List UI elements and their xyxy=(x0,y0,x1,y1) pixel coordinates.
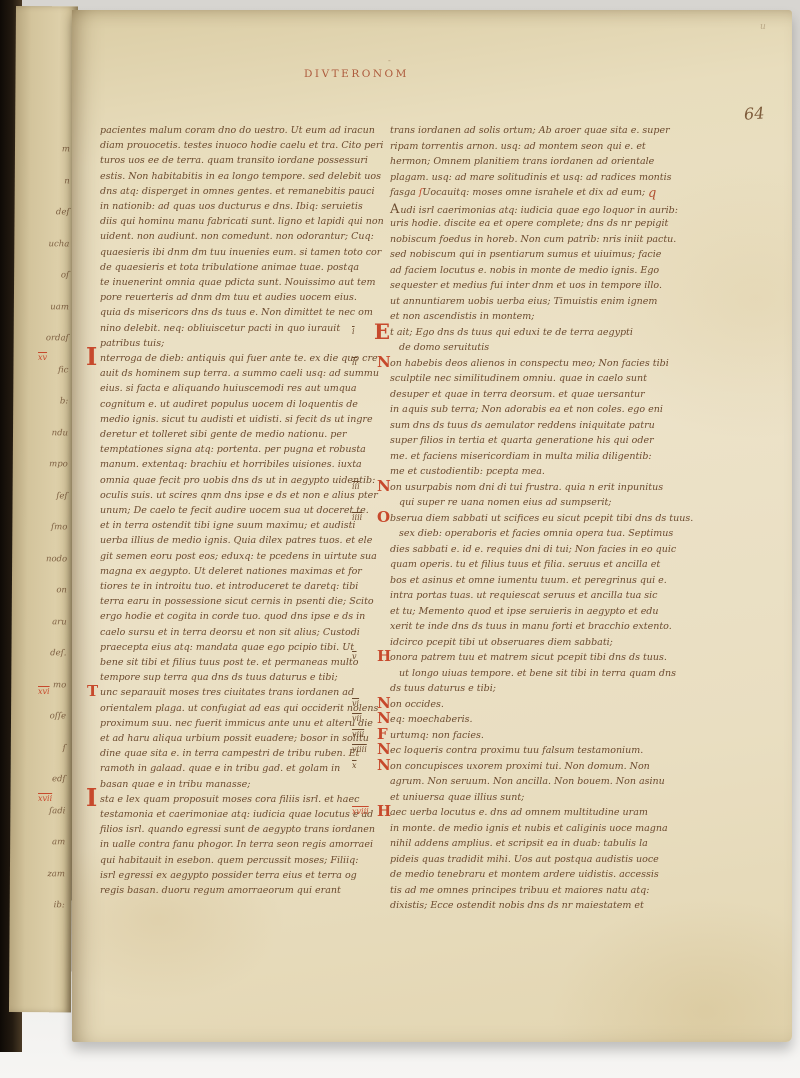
line-text: uerba illius de medio ignis. Quia dilex … xyxy=(100,535,372,546)
line-text: ec loqueris contra proximu tuu falsum te… xyxy=(390,745,643,756)
line-text: me. et faciens misericordiam in multa mi… xyxy=(390,451,652,462)
text-line: sum dns ds tuus ds aemulator reddens ini… xyxy=(390,419,655,432)
line-text: quam operis. tu et filius tuus et filia.… xyxy=(390,559,660,570)
text-line: sex dieb: operaboris et facies omnia ope… xyxy=(390,527,673,540)
line-text: desuper et quae in terra deorsum. et qua… xyxy=(390,389,645,400)
page-edge-fragment: uam xyxy=(50,302,69,312)
line-text: ad faciem locutus e. nobis in monte de m… xyxy=(390,265,659,276)
page-edge-fragment: ordaſ xyxy=(46,333,69,343)
text-line: fasga ſUocauitq: moses omne israhele et … xyxy=(390,186,645,199)
text-line: ds tuus daturus e tibi; xyxy=(390,682,496,695)
text-line: medio ignis. sicut tu audisti et uidisti… xyxy=(100,413,373,426)
text-line: dixistis; Ecce ostendit nobis dns ds nr … xyxy=(390,899,644,912)
text-line: tis ad me omnes principes tribuu et maio… xyxy=(390,884,649,897)
text-line: pacientes malum coram dno do uestro. Ut … xyxy=(100,124,375,137)
text-line: manum. extentaq: brachiu et horribiles u… xyxy=(100,458,362,471)
initial-letter: E xyxy=(374,324,390,339)
line-text: ut longo uiuas tempore. et bene sit tibi… xyxy=(399,668,676,679)
line-text: ripam torrentis arnon. usq: ad montem se… xyxy=(390,141,646,152)
line-text: bos et asinus et omne iumentu tuum. et p… xyxy=(390,575,667,586)
text-line: Obserua diem sabbati ut scifices eu sicu… xyxy=(390,512,693,525)
initial-letter: O xyxy=(377,510,390,525)
text-line: orientalem plaga. ut confugiat ad eas qu… xyxy=(100,702,378,715)
page-edge-fragment: ib: xyxy=(54,900,65,910)
line-text: in aquis sub terra; Non adorabis ea et n… xyxy=(390,404,663,415)
text-line: filios isrl. quando egressi sunt de aegy… xyxy=(100,823,375,836)
text-line: uident. non audiunt. non comedunt. non o… xyxy=(100,230,374,243)
initial-letter: I xyxy=(86,790,97,805)
page-edge-fragment: oſ xyxy=(61,270,69,280)
text-line: terra earu in possessione sicut cernis i… xyxy=(100,595,374,608)
text-line: estis. Non habitabitis in ea longo tempo… xyxy=(100,170,381,183)
page-edge-fragment: n xyxy=(64,176,70,186)
line-text: trans iordanen ad solis ortum; Ab aroer … xyxy=(390,125,670,136)
page-edge-fragment: ucha xyxy=(49,239,70,249)
page-edge-fragment: deſ. xyxy=(50,648,66,658)
line-text: uident. non audiunt. non comedunt. non o… xyxy=(100,231,374,242)
margin-numeral: vi xyxy=(352,699,359,708)
line-text: in monte. de medio ignis et nubis et cal… xyxy=(390,823,668,834)
text-line: oculis suis. ut scires qnm dns ipse e ds… xyxy=(100,489,378,502)
line-text: cognitum e. ut audiret populus uocem di … xyxy=(100,399,358,410)
line-text: temptationes signa atq: portenta. per pu… xyxy=(100,444,366,455)
text-line: caelo sursu et in terra deorsu et non si… xyxy=(100,626,360,639)
line-text: ergo hodie et cogita in corde tuo. quod … xyxy=(100,611,365,622)
page-edge-fragment: ndu xyxy=(52,428,68,438)
margin-numeral: iii xyxy=(352,482,360,491)
text-line: Honora patrem tuu et matrem sicut pcepit… xyxy=(390,651,667,664)
line-text: sum dns ds tuus ds aemulator reddens ini… xyxy=(390,420,655,431)
text-line: ergo hodie et cogita in corde tuo. quod … xyxy=(100,610,365,623)
line-text: hermon; Omnem planitiem trans iordanen a… xyxy=(390,156,654,167)
page-edge-fragment: mo xyxy=(53,680,66,690)
text-line: Et ait; Ego dns ds tuus qui eduxi te de … xyxy=(390,326,633,339)
initial-letter: H xyxy=(377,649,391,664)
line-text: auit ds hominem sup terra. a summo caeli… xyxy=(100,368,379,379)
text-line: Interroga de dieb: antiquis qui fuer ant… xyxy=(100,352,378,365)
line-text: regis basan. duoru regum amorraeorum qui… xyxy=(100,885,341,896)
text-line: hermon; Omnem planitiem trans iordanen a… xyxy=(390,155,654,168)
line-text: et ad haru aliqua urbium possit euadere;… xyxy=(100,733,369,744)
line-text: dies sabbati e. id e. requies dni di tui… xyxy=(390,544,676,555)
text-line: proximum suu. nec fuerit immicus ante un… xyxy=(100,717,373,730)
text-line: isrl egressi ex aegypto possider terra e… xyxy=(100,869,357,882)
line-text: on usurpabis nom dni di tui frustra. qui… xyxy=(390,482,663,493)
line-text: pacientes malum coram dno do uestro. Ut … xyxy=(100,125,375,136)
line-text: nino delebit. neq: obliuiscetur pacti in… xyxy=(100,323,340,334)
text-line: basan quae e in tribu manasse; xyxy=(100,778,250,791)
line-text: deretur et tolleret sibi gente de medio … xyxy=(100,429,347,440)
line-text: bserua diem sabbati ut scifices eu sicut… xyxy=(390,513,693,524)
margin-numeral: xv xyxy=(38,353,47,362)
line-text: quaesieris ibi dnm dm tuu inuenies eum. … xyxy=(100,247,381,258)
line-text: diam prouocetis. testes inuoco hodie cae… xyxy=(100,140,383,151)
text-line: sed nobiscum qui in psentiarum sumus et … xyxy=(390,248,661,261)
page-edge-fragment: m xyxy=(62,144,70,154)
corner-mark: u xyxy=(760,22,766,32)
text-line: auit ds hominem sup terra. a summo caeli… xyxy=(100,367,379,380)
text-line: testamonia et caerimoniae atq: iudicia q… xyxy=(100,808,373,821)
text-line: nihil addens amplius. et scripsit ea in … xyxy=(390,837,648,850)
line-text: idcirco pcepit tibi ut obseruares diem s… xyxy=(390,637,613,648)
initial-letter: I xyxy=(86,349,97,364)
text-line: ut longo uiuas tempore. et bene sit tibi… xyxy=(390,667,676,680)
text-line: Furtumq: non facies. xyxy=(390,729,484,742)
text-line: ripam torrentis arnon. usq: ad montem se… xyxy=(390,140,646,153)
line-text: urtumq: non facies. xyxy=(390,730,484,741)
text-line: bos et asinus et omne iumentu tuum. et p… xyxy=(390,574,667,587)
text-line: patribus tuis; xyxy=(100,337,164,350)
text-line: Haec uerba locutus e. dns ad omnem multi… xyxy=(390,806,648,819)
line-text: testamonia et caerimoniae atq: iudicia q… xyxy=(100,809,373,820)
margin-numeral: xvii xyxy=(38,794,52,803)
line-text: et uniuersa quae illius sunt; xyxy=(390,792,524,803)
line-text: dns atq: disperget in omnes gentes. et r… xyxy=(100,186,375,197)
line-text: on occides. xyxy=(390,699,444,710)
line-text: qui super re uana nomen eius ad sumpseri… xyxy=(399,497,612,508)
line-text: eius. si facta e aliquando huiuscemodi r… xyxy=(100,383,357,394)
page-edge-fragment: ſ xyxy=(63,743,66,753)
line-text: manum. extentaq: brachiu et horribiles u… xyxy=(100,459,362,470)
text-line: de quaesieris et tota tribulatione anima… xyxy=(100,261,359,274)
line-text: isrl egressi ex aegypto possider terra e… xyxy=(100,870,357,881)
line-text: onora patrem tuu et matrem sicut pcepit … xyxy=(390,652,667,663)
line-text: estis. Non habitabitis in ea longo tempo… xyxy=(100,171,381,182)
line-text: plagam. usq: ad mare solitudinis et usq:… xyxy=(390,172,672,183)
text-line: turos uos ee de terra. quam transito ior… xyxy=(100,154,368,167)
text-line: Audi isrl caerimonias atq: iudicia quae … xyxy=(390,202,678,217)
text-line: dies sabbati e. id e. requies dni di tui… xyxy=(390,543,676,556)
text-line: quam operis. tu et filius tuus et filia.… xyxy=(390,558,660,571)
line-text: oculis suis. ut scires qnm dns ipse e ds… xyxy=(100,490,378,501)
text-line: et in terra ostendit tibi igne suum maxi… xyxy=(100,519,355,532)
manuscript-page: - DIVTERONOM u 64 q pacientes malum cora… xyxy=(72,10,792,1042)
page-edge-fragment: b: xyxy=(60,396,68,406)
line-text: et in terra ostendit tibi igne suum maxi… xyxy=(100,520,355,531)
text-line: Non habebis deos alienos in conspectu me… xyxy=(390,357,669,370)
page-edge-fragment: zam xyxy=(47,869,65,879)
text-line: de domo seruitutis xyxy=(390,341,489,354)
line-text: intra portas tuas. ut requiescat seruus … xyxy=(390,590,658,601)
folio-number: 64 xyxy=(743,103,765,123)
line-text: diis qui hominu manu fabricati sunt. lig… xyxy=(100,216,384,227)
line-text: sculptile nec similitudinem omniu. quae … xyxy=(390,373,647,384)
text-line: git semen eoru post eos; eduxq: te pcede… xyxy=(100,550,377,563)
text-line: quia ds misericors dns ds tuus e. Non di… xyxy=(100,306,373,319)
margin-numeral: i xyxy=(352,327,355,336)
margin-numeral: xvi xyxy=(38,687,50,696)
line-text: nihil addens amplius. et scripsit ea in … xyxy=(390,838,648,849)
line-text: qui habitauit in esebon. quem percussit … xyxy=(100,855,358,866)
previous-page-edge: mndeſuchaoſuamordaſficb:ndumpoſeſſmonodo… xyxy=(9,6,78,1012)
text-line: uris hodie. discite ea et opere complete… xyxy=(390,217,668,230)
text-line: unum; De caelo te fecit audire uocem sua… xyxy=(100,504,369,517)
text-line: qui super re uana nomen eius ad sumpseri… xyxy=(390,496,612,509)
page-edge-fragment: nodo xyxy=(46,554,67,564)
text-line: regis basan. duoru regum amorraeorum qui… xyxy=(100,884,341,897)
text-line: et tu; Memento quod et ipse seruieris in… xyxy=(390,605,659,618)
line-text: udi isrl caerimonias atq: iudicia quae e… xyxy=(400,205,678,216)
line-text: in ualle contra fanu phogor. In terra se… xyxy=(100,839,373,850)
line-text: bene sit tibi et filius tuus post te. et… xyxy=(100,657,358,668)
text-line: nino delebit. neq: obliuiscetur pacti in… xyxy=(100,322,340,335)
text-line: idcirco pcepit tibi ut obseruares diem s… xyxy=(390,636,613,649)
text-line: Neq: moechaberis. xyxy=(390,713,473,726)
page-edge-fragment: mpo xyxy=(49,459,68,469)
line-text: Uocauitq: moses omne israhele et dix ad … xyxy=(422,187,645,198)
text-line: agrum. Non seruum. Non ancilla. Non boue… xyxy=(390,775,665,788)
text-line: dine quae sita e. in terra campestri de … xyxy=(100,747,359,760)
text-line: in monte. de medio ignis et nubis et cal… xyxy=(390,822,668,835)
initial-letter: N xyxy=(377,758,391,773)
text-line: xerit te inde dns ds tuus in manu forti … xyxy=(390,620,672,633)
line-text: ds tuus daturus e tibi; xyxy=(390,683,496,694)
line-text: patribus tuis; xyxy=(100,338,164,349)
text-line: diam prouocetis. testes inuoco hodie cae… xyxy=(100,139,383,152)
text-line: uerba illius de medio ignis. Quia dilex … xyxy=(100,534,372,547)
margin-numeral: x xyxy=(352,761,357,770)
line-text: ut annuntiarem uobis uerba eius; Timuist… xyxy=(390,296,657,307)
text-line: Non concupisces uxorem proximi tui. Non … xyxy=(390,760,650,773)
page-edge-fragment: ſmo xyxy=(51,522,67,532)
line-text: basan quae e in tribu manasse; xyxy=(100,779,250,790)
page-edge-fragment: on xyxy=(56,585,67,595)
line-text: praecepta eius atq: mandata quae ego pci… xyxy=(100,642,354,653)
text-line: ut annuntiarem uobis uerba eius; Timuist… xyxy=(390,295,657,308)
line-text: et non ascendistis in montem; xyxy=(390,311,534,322)
line-text: magna ex aegypto. Ut deleret nationes ma… xyxy=(100,566,362,577)
text-line: sculptile nec similitudinem omniu. quae … xyxy=(390,372,647,385)
line-text: tis ad me omnes principes tribuu et maio… xyxy=(390,885,649,896)
line-text: unum; De caelo te fecit audire uocem sua… xyxy=(100,505,369,516)
text-line: diis qui hominu manu fabricati sunt. lig… xyxy=(100,215,384,228)
line-text: proximum suu. nec fuerit immicus ante un… xyxy=(100,718,373,729)
line-text: pore reuerteris ad dnm dm tuu et audies … xyxy=(100,292,357,303)
line-text: on habebis deos alienos in conspectu meo… xyxy=(390,358,669,369)
text-line: magna ex aegypto. Ut deleret nationes ma… xyxy=(100,565,362,578)
line-text: filios isrl. quando egressi sunt de aegy… xyxy=(100,824,375,835)
margin-numeral: iiii xyxy=(352,513,362,522)
line-text: xerit te inde dns ds tuus in manu forti … xyxy=(390,621,672,632)
text-line: in nationib: ad quas uos ducturus e dns.… xyxy=(100,200,363,213)
line-text: ramoth in galaad. quae e in tribu gad. e… xyxy=(100,763,340,774)
text-line: desuper et quae in terra deorsum. et qua… xyxy=(390,388,645,401)
line-text: uris hodie. discite ea et opere complete… xyxy=(390,218,668,229)
page-edge-fragment: oſſe xyxy=(50,711,67,721)
text-line: temptationes signa atq: portenta. per pu… xyxy=(100,443,366,456)
margin-numeral: xviii xyxy=(352,807,369,816)
text-line: quaesieris ibi dnm dm tuu inuenies eum. … xyxy=(100,246,381,259)
margin-numeral: viii xyxy=(352,730,364,739)
line-text: agrum. Non seruum. Non ancilla. Non boue… xyxy=(390,776,665,787)
text-line: cognitum e. ut audiret populus uocem di … xyxy=(100,398,358,411)
line-text: te inuenerint omnia quae pdicta sunt. No… xyxy=(100,277,376,288)
line-text: in nationib: ad quas uos ducturus e dns.… xyxy=(100,201,363,212)
text-line: Ista e lex quam proposuit moses cora fil… xyxy=(100,793,359,806)
initial-letter: A xyxy=(390,202,399,217)
line-text: pideis quas tradidit mihi. Uos aut postq… xyxy=(390,854,659,865)
line-text: medio ignis. sicut tu audisti et uidisti… xyxy=(100,414,373,425)
line-text: tempore sup terra qua dns ds tuus daturu… xyxy=(100,672,338,683)
text-line: Non occides. xyxy=(390,698,444,711)
line-text: on concupisces uxorem proximi tui. Non d… xyxy=(390,761,650,772)
initial-letter: N xyxy=(377,479,391,494)
line-text: nobiscum foedus in horeb. Non cum patrib… xyxy=(390,234,676,245)
line-text: fasga xyxy=(390,187,419,198)
line-text: turos uos ee de terra. quam transito ior… xyxy=(100,155,368,166)
text-line: me. et faciens misericordiam in multa mi… xyxy=(390,450,652,463)
page-edge-fragment: ſeſ xyxy=(56,491,67,501)
text-line: de medio tenebraru et montem ardere uidi… xyxy=(390,868,659,881)
header-tick-mark: - xyxy=(388,56,391,65)
text-line: ramoth in galaad. quae e in tribu gad. e… xyxy=(100,762,340,775)
text-line: sequester et medius fui inter dnm et uos… xyxy=(390,279,662,292)
line-text: dixistis; Ecce ostendit nobis dns ds nr … xyxy=(390,900,644,911)
text-line: tempore sup terra qua dns ds tuus daturu… xyxy=(100,671,338,684)
text-line: Nec loqueris contra proximu tuu falsum t… xyxy=(390,744,643,757)
line-text: sequester et medius fui inter dnm et uos… xyxy=(390,280,662,291)
line-text: quia ds misericors dns ds tuus e. Non di… xyxy=(100,307,373,318)
text-line: ad faciem locutus e. nobis in monte de m… xyxy=(390,264,659,277)
text-line: in ualle contra fanu phogor. In terra se… xyxy=(100,838,373,851)
text-line: eius. si facta e aliquando huiuscemodi r… xyxy=(100,382,357,395)
text-line: intra portas tuas. ut requiescat seruus … xyxy=(390,589,658,602)
page-edge-fragment: aru xyxy=(52,617,67,627)
line-text: t ait; Ego dns ds tuus qui eduxi te de t… xyxy=(390,327,633,338)
page-edge-fragment: deſ xyxy=(56,207,70,217)
text-line: deretur et tolleret sibi gente de medio … xyxy=(100,428,347,441)
text-line: super filios in tertia et quarta generat… xyxy=(390,434,654,447)
line-text: super filios in tertia et quarta generat… xyxy=(390,435,654,446)
initial-letter: H xyxy=(377,804,391,819)
margin-numeral: ii xyxy=(352,358,357,367)
initial-letter: N xyxy=(377,742,391,757)
quire-mark: q xyxy=(648,186,656,201)
text-line: tiores te in introitu tuo. et introducer… xyxy=(100,580,358,593)
line-text: aec uerba locutus e. dns ad omnem multit… xyxy=(390,807,648,818)
text-line: et non ascendistis in montem; xyxy=(390,310,534,323)
line-text: unc separauit moses tres ciuitates trans… xyxy=(100,687,354,698)
text-line: et uniuersa quae illius sunt; xyxy=(390,791,524,804)
line-text: git semen eoru post eos; eduxq: te pcede… xyxy=(100,551,377,562)
line-text: de quaesieris et tota tribulatione anima… xyxy=(100,262,359,273)
page-edge-fragment: edſ xyxy=(52,774,66,784)
initial-letter: N xyxy=(377,711,391,726)
text-line: praecepta eius atq: mandata quae ego pci… xyxy=(100,641,354,654)
line-text: sed nobiscum qui in psentiarum sumus et … xyxy=(390,249,661,260)
running-header: DIVTERONOM xyxy=(304,68,409,80)
line-text: tiores te in introitu tuo. et introducer… xyxy=(100,581,358,592)
page-edge-fragment: fic xyxy=(58,365,69,375)
line-text: omnia quae fecit pro uobis dns ds ut in … xyxy=(100,475,375,486)
text-line: trans iordanen ad solis ortum; Ab aroer … xyxy=(390,124,670,137)
line-text: sta e lex quam proposuit moses cora fili… xyxy=(100,794,359,805)
line-text: nterroga de dieb: antiquis qui fuer ante… xyxy=(100,353,378,364)
line-text: caelo sursu et in terra deorsu et non si… xyxy=(100,627,360,638)
line-text: de medio tenebraru et montem ardere uidi… xyxy=(390,869,659,880)
text-line: et ad haru aliqua urbium possit euadere;… xyxy=(100,732,369,745)
line-text: de domo seruitutis xyxy=(399,342,489,353)
line-text: terra earu in possessione sicut cernis i… xyxy=(100,596,374,607)
initial-letter: N xyxy=(377,355,391,370)
text-line: te inuenerint omnia quae pdicta sunt. No… xyxy=(100,276,376,289)
line-text: orientalem plaga. ut confugiat ad eas qu… xyxy=(100,703,378,714)
text-line: pore reuerteris ad dnm dm tuu et audies … xyxy=(100,291,357,304)
line-text: eq: moechaberis. xyxy=(390,714,473,725)
page-edge-fragment: ſadi xyxy=(49,806,65,816)
line-text: dine quae sita e. in terra campestri de … xyxy=(100,748,359,759)
line-text: sex dieb: operaboris et facies omnia ope… xyxy=(399,528,673,539)
text-line: Non usurpabis nom dni di tui frustra. qu… xyxy=(390,481,663,494)
text-line: bene sit tibi et filius tuus post te. et… xyxy=(100,656,358,669)
line-text: et tu; Memento quod et ipse seruieris in… xyxy=(390,606,659,617)
text-line: plagam. usq: ad mare solitudinis et usq:… xyxy=(390,171,672,184)
margin-numeral: viiii xyxy=(352,745,367,754)
text-line: me et custodientib: pcepta mea. xyxy=(390,465,545,478)
text-line: qui habitauit in esebon. quem percussit … xyxy=(100,854,358,867)
line-text: me et custodientib: pcepta mea. xyxy=(390,466,545,477)
text-line: dns atq: disperget in omnes gentes. et r… xyxy=(100,185,375,198)
margin-numeral: v xyxy=(352,652,357,661)
text-line: omnia quae fecit pro uobis dns ds ut in … xyxy=(100,474,375,487)
text-line: in aquis sub terra; Non adorabis ea et n… xyxy=(390,403,663,416)
text-line: pideis quas tradidit mihi. Uos aut postq… xyxy=(390,853,659,866)
text-line: nobiscum foedus in horeb. Non cum patrib… xyxy=(390,233,676,246)
page-edge-fragment: am xyxy=(52,837,65,847)
margin-numeral: vii xyxy=(352,714,362,723)
initial-letter: T xyxy=(87,684,98,699)
text-line: Tunc separauit moses tres ciuitates tran… xyxy=(100,686,354,699)
